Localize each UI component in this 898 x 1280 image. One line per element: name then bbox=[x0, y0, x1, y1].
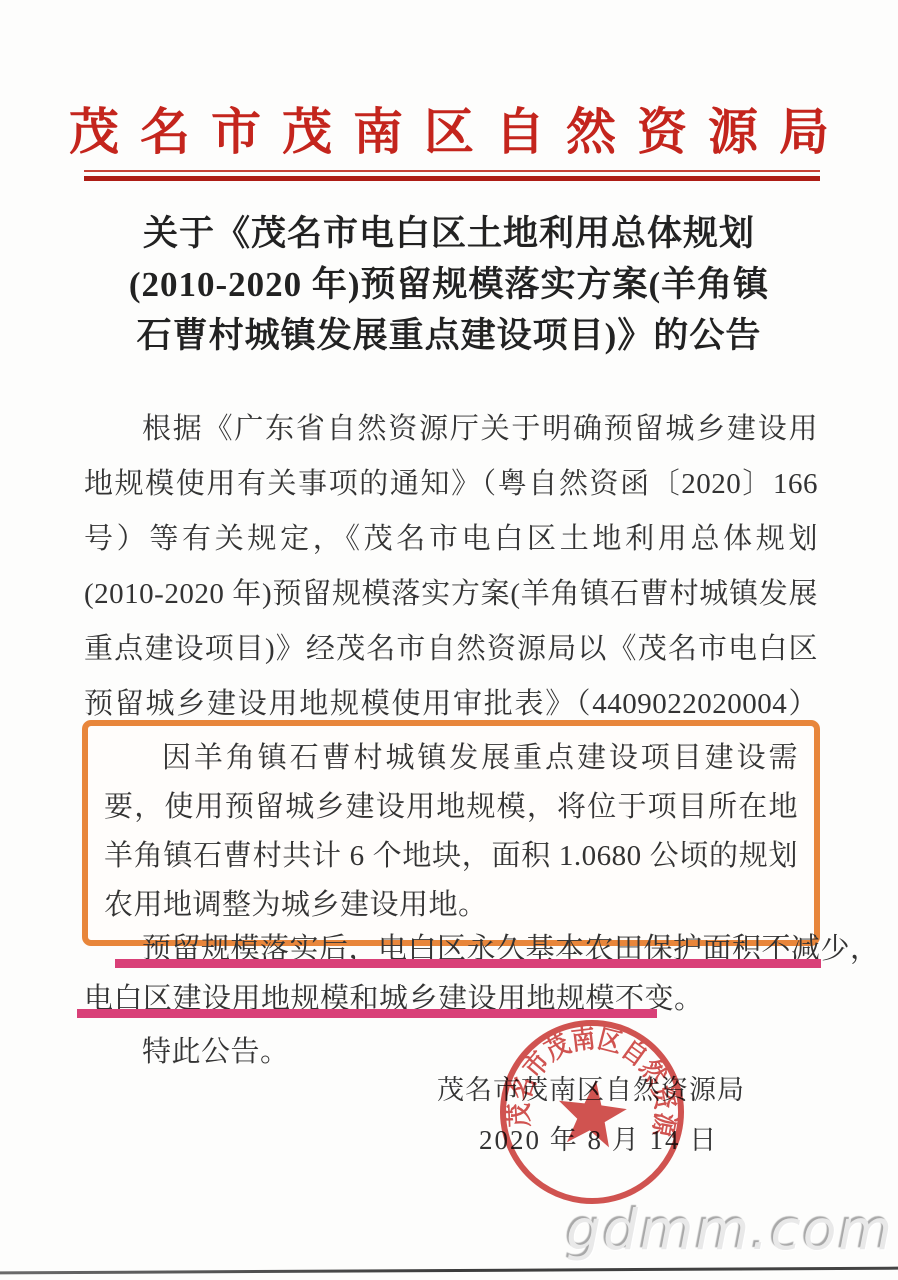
underlined-line-1: 预留规模落实后，电白区永久基本农田保护面积不减少， bbox=[84, 924, 818, 974]
seal-star-icon bbox=[554, 1076, 630, 1149]
document-title-line-3: 石曹村城镇发展重点建设项目)》的公告 bbox=[0, 310, 898, 361]
paragraph-plan-content: 因羊角镇石曹村城镇发展重点建设项目建设需要，使用预留城乡建设用地规模，将位于项目… bbox=[104, 734, 798, 930]
document-title: 关于《茂名市电白区土地利用总体规划 (2010-2020 年)预留规模落实方案(… bbox=[0, 208, 898, 361]
agency-header-title: 茂名市茂南区自然资源局 bbox=[0, 92, 898, 164]
document-title-line-2: (2010-2020 年)预留规模落实方案(羊角镇 bbox=[0, 259, 898, 310]
header-rule-thin bbox=[84, 170, 820, 172]
site-watermark: gdmm.com bbox=[566, 1198, 894, 1262]
document-title-line-1: 关于《茂名市电白区土地利用总体规划 bbox=[0, 208, 898, 259]
highlight-annotation-box: 因羊角镇石曹村城镇发展重点建设项目建设需要，使用预留城乡建设用地规模，将位于项目… bbox=[82, 720, 820, 946]
scanned-announcement-page: 茂名市茂南区自然资源局 关于《茂名市电白区土地利用总体规划 (2010-2020… bbox=[0, 0, 898, 1280]
page-bottom-edge-shadow bbox=[0, 1267, 898, 1275]
official-seal-stamp: 茂名市茂南区自然资源局 bbox=[476, 996, 708, 1228]
paragraph-guarantee: 预留规模落实后，电白区永久基本农田保护面积不减少， 电白区建设用地规模和城乡建设… bbox=[84, 924, 818, 1024]
underlined-line-2: 电白区建设用地规模和城乡建设用地规模不变。 bbox=[84, 974, 818, 1024]
header-rule-thick bbox=[84, 176, 820, 181]
